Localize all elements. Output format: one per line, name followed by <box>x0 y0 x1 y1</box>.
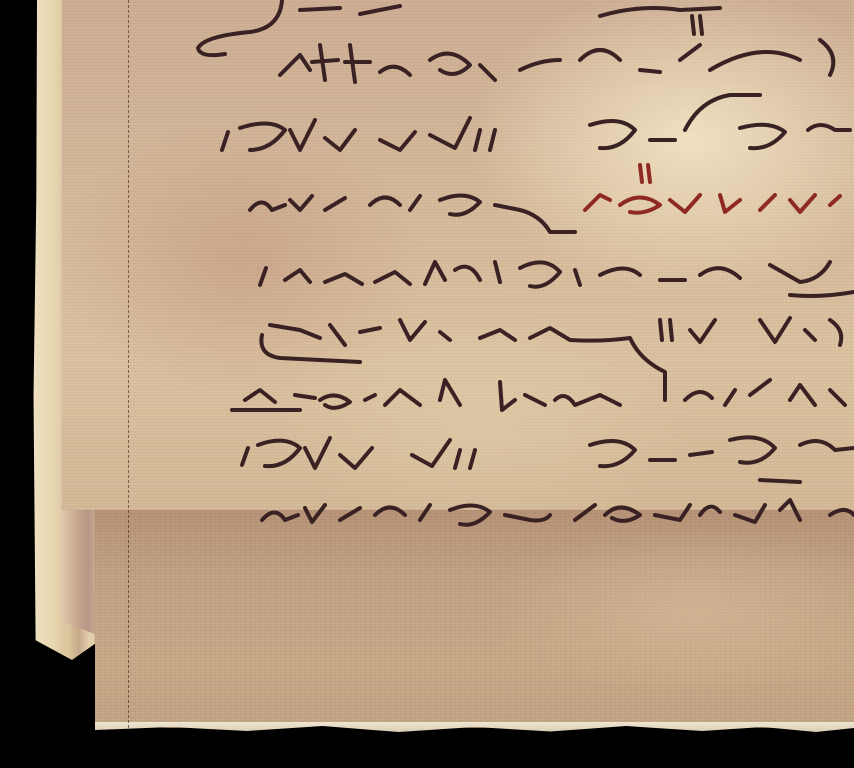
papyrus-photo <box>0 0 854 768</box>
hieratic-text <box>0 0 854 768</box>
